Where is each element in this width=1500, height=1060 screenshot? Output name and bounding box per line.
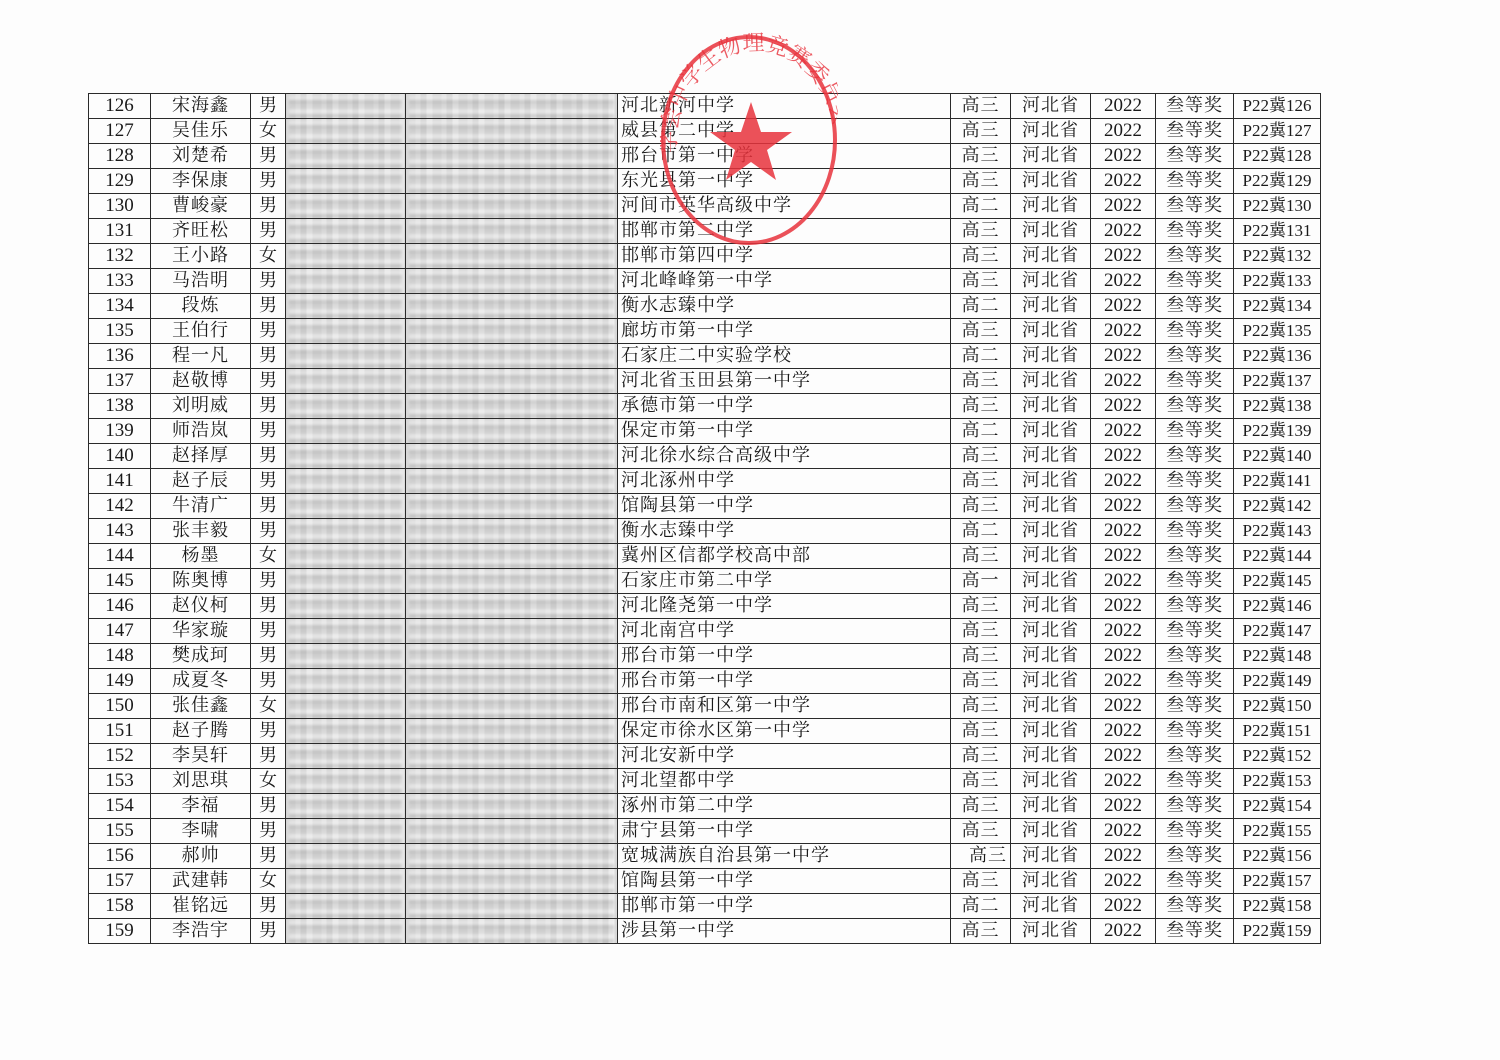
table-row: 157武建韩女馆陶县第一中学高三河北省2022叁等奖P22冀157 bbox=[89, 869, 1321, 894]
certificate-number: P22冀128 bbox=[1234, 144, 1321, 169]
student-name: 王伯行 bbox=[151, 319, 251, 344]
row-number: 154 bbox=[89, 794, 151, 819]
certificate-number: P22冀131 bbox=[1234, 219, 1321, 244]
redacted-field-2 bbox=[406, 544, 618, 569]
grade-level: 高三 bbox=[951, 169, 1011, 194]
competition-year: 2022 bbox=[1091, 169, 1156, 194]
province: 河北省 bbox=[1011, 769, 1091, 794]
school-name: 馆陶县第一中学 bbox=[618, 869, 951, 894]
redacted-blur bbox=[409, 394, 614, 418]
redacted-blur bbox=[289, 794, 402, 818]
school-name: 廊坊市第一中学 bbox=[618, 319, 951, 344]
redacted-blur bbox=[289, 119, 402, 143]
competition-year: 2022 bbox=[1091, 869, 1156, 894]
competition-year: 2022 bbox=[1091, 544, 1156, 569]
province: 河北省 bbox=[1011, 669, 1091, 694]
award-level: 叁等奖 bbox=[1156, 219, 1234, 244]
school-name: 邯郸市第一中学 bbox=[618, 894, 951, 919]
province: 河北省 bbox=[1011, 644, 1091, 669]
competition-year: 2022 bbox=[1091, 694, 1156, 719]
student-name: 武建韩 bbox=[151, 869, 251, 894]
school-name: 宽城满族自治县第一中学 bbox=[618, 844, 951, 869]
student-sex: 男 bbox=[251, 294, 286, 319]
redacted-blur bbox=[289, 444, 402, 468]
row-number: 149 bbox=[89, 669, 151, 694]
province: 河北省 bbox=[1011, 294, 1091, 319]
student-sex: 男 bbox=[251, 719, 286, 744]
certificate-number: P22冀145 bbox=[1234, 569, 1321, 594]
competition-year: 2022 bbox=[1091, 294, 1156, 319]
row-number: 133 bbox=[89, 269, 151, 294]
school-name: 承德市第一中学 bbox=[618, 394, 951, 419]
province: 河北省 bbox=[1011, 919, 1091, 944]
row-number: 146 bbox=[89, 594, 151, 619]
row-number: 148 bbox=[89, 644, 151, 669]
student-name: 宋海鑫 bbox=[151, 94, 251, 119]
table-row: 140赵择厚男河北徐水综合高级中学高三河北省2022叁等奖P22冀140 bbox=[89, 444, 1321, 469]
competition-year: 2022 bbox=[1091, 119, 1156, 144]
roster-body: 126宋海鑫男河北新河中学高三河北省2022叁等奖P22冀126127吴佳乐女威… bbox=[89, 94, 1321, 944]
redacted-field-2 bbox=[406, 294, 618, 319]
province: 河北省 bbox=[1011, 94, 1091, 119]
award-level: 叁等奖 bbox=[1156, 119, 1234, 144]
certificate-number: P22冀149 bbox=[1234, 669, 1321, 694]
redacted-field-1 bbox=[286, 144, 406, 169]
student-name: 李昊轩 bbox=[151, 744, 251, 769]
certificate-number: P22冀140 bbox=[1234, 444, 1321, 469]
award-level: 叁等奖 bbox=[1156, 844, 1234, 869]
school-name: 邢台市第一中学 bbox=[618, 644, 951, 669]
redacted-field-2 bbox=[406, 719, 618, 744]
award-level: 叁等奖 bbox=[1156, 719, 1234, 744]
row-number: 135 bbox=[89, 319, 151, 344]
redacted-field-1 bbox=[286, 244, 406, 269]
student-sex: 女 bbox=[251, 119, 286, 144]
redacted-field-2 bbox=[406, 869, 618, 894]
province: 河北省 bbox=[1011, 169, 1091, 194]
competition-year: 2022 bbox=[1091, 769, 1156, 794]
row-number: 141 bbox=[89, 469, 151, 494]
student-sex: 女 bbox=[251, 544, 286, 569]
student-name: 段炼 bbox=[151, 294, 251, 319]
student-sex: 男 bbox=[251, 94, 286, 119]
province: 河北省 bbox=[1011, 694, 1091, 719]
certificate-number: P22冀130 bbox=[1234, 194, 1321, 219]
certificate-number: P22冀138 bbox=[1234, 394, 1321, 419]
competition-year: 2022 bbox=[1091, 794, 1156, 819]
redacted-blur bbox=[289, 319, 402, 343]
row-number: 130 bbox=[89, 194, 151, 219]
province: 河北省 bbox=[1011, 869, 1091, 894]
student-sex: 男 bbox=[251, 369, 286, 394]
grade-level: 高三 bbox=[951, 644, 1011, 669]
certificate-number: P22冀134 bbox=[1234, 294, 1321, 319]
redacted-field-2 bbox=[406, 144, 618, 169]
table-row: 156郝帅男宽城满族自治县第一中学高三河北省2022叁等奖P22冀156 bbox=[89, 844, 1321, 869]
competition-year: 2022 bbox=[1091, 619, 1156, 644]
certificate-number: P22冀156 bbox=[1234, 844, 1321, 869]
redacted-blur bbox=[289, 744, 402, 768]
redacted-field-1 bbox=[286, 319, 406, 344]
award-level: 叁等奖 bbox=[1156, 544, 1234, 569]
redacted-blur bbox=[289, 194, 402, 218]
competition-year: 2022 bbox=[1091, 319, 1156, 344]
redacted-blur bbox=[409, 194, 614, 218]
competition-year: 2022 bbox=[1091, 144, 1156, 169]
award-level: 叁等奖 bbox=[1156, 194, 1234, 219]
student-name: 刘思琪 bbox=[151, 769, 251, 794]
redacted-field-1 bbox=[286, 169, 406, 194]
redacted-field-1 bbox=[286, 794, 406, 819]
award-level: 叁等奖 bbox=[1156, 644, 1234, 669]
competition-year: 2022 bbox=[1091, 269, 1156, 294]
table-row: 150张佳鑫女邢台市南和区第一中学高三河北省2022叁等奖P22冀150 bbox=[89, 694, 1321, 719]
certificate-number: P22冀158 bbox=[1234, 894, 1321, 919]
student-name: 崔铭远 bbox=[151, 894, 251, 919]
grade-level: 高三 bbox=[951, 794, 1011, 819]
certificate-number: P22冀154 bbox=[1234, 794, 1321, 819]
school-name: 保定市第一中学 bbox=[618, 419, 951, 444]
award-level: 叁等奖 bbox=[1156, 369, 1234, 394]
table-row: 153刘思琪女河北望都中学高三河北省2022叁等奖P22冀153 bbox=[89, 769, 1321, 794]
province: 河北省 bbox=[1011, 369, 1091, 394]
redacted-field-1 bbox=[286, 294, 406, 319]
certificate-number: P22冀153 bbox=[1234, 769, 1321, 794]
certificate-number: P22冀136 bbox=[1234, 344, 1321, 369]
student-sex: 男 bbox=[251, 344, 286, 369]
student-sex: 男 bbox=[251, 569, 286, 594]
table-row: 130曹峻豪男河间市英华高级中学高二河北省2022叁等奖P22冀130 bbox=[89, 194, 1321, 219]
redacted-blur bbox=[409, 644, 614, 668]
redacted-field-2 bbox=[406, 519, 618, 544]
row-number: 153 bbox=[89, 769, 151, 794]
redacted-field-1 bbox=[286, 494, 406, 519]
row-number: 158 bbox=[89, 894, 151, 919]
certificate-number: P22冀159 bbox=[1234, 919, 1321, 944]
award-level: 叁等奖 bbox=[1156, 619, 1234, 644]
table-row: 144杨墨女冀州区信都学校高中部高三河北省2022叁等奖P22冀144 bbox=[89, 544, 1321, 569]
student-sex: 男 bbox=[251, 844, 286, 869]
school-name: 河北省玉田县第一中学 bbox=[618, 369, 951, 394]
redacted-blur bbox=[289, 844, 402, 868]
row-number: 138 bbox=[89, 394, 151, 419]
redacted-blur bbox=[409, 869, 614, 893]
student-sex: 女 bbox=[251, 694, 286, 719]
award-level: 叁等奖 bbox=[1156, 894, 1234, 919]
province: 河北省 bbox=[1011, 844, 1091, 869]
row-number: 152 bbox=[89, 744, 151, 769]
student-name: 刘楚希 bbox=[151, 144, 251, 169]
redacted-field-1 bbox=[286, 519, 406, 544]
school-name: 石家庄二中实验学校 bbox=[618, 344, 951, 369]
grade-level: 高二 bbox=[951, 194, 1011, 219]
province: 河北省 bbox=[1011, 144, 1091, 169]
redacted-blur bbox=[289, 719, 402, 743]
grade-level: 高二 bbox=[951, 419, 1011, 444]
redacted-blur bbox=[409, 294, 614, 318]
redacted-blur bbox=[409, 719, 614, 743]
table-row: 151赵子腾男保定市徐水区第一中学高三河北省2022叁等奖P22冀151 bbox=[89, 719, 1321, 744]
redacted-field-2 bbox=[406, 569, 618, 594]
redacted-blur bbox=[409, 469, 614, 493]
redacted-field-1 bbox=[286, 619, 406, 644]
table-row: 134段炼男衡水志臻中学高二河北省2022叁等奖P22冀134 bbox=[89, 294, 1321, 319]
grade-level: 高二 bbox=[951, 294, 1011, 319]
redacted-field-2 bbox=[406, 319, 618, 344]
student-name: 马浩明 bbox=[151, 269, 251, 294]
certificate-number: P22冀129 bbox=[1234, 169, 1321, 194]
redacted-field-1 bbox=[286, 769, 406, 794]
table-row: 152李昊轩男河北安新中学高三河北省2022叁等奖P22冀152 bbox=[89, 744, 1321, 769]
province: 河北省 bbox=[1011, 894, 1091, 919]
award-level: 叁等奖 bbox=[1156, 569, 1234, 594]
table-row: 148樊成珂男邢台市第一中学高三河北省2022叁等奖P22冀148 bbox=[89, 644, 1321, 669]
student-sex: 男 bbox=[251, 469, 286, 494]
school-name: 河北峰峰第一中学 bbox=[618, 269, 951, 294]
row-number: 144 bbox=[89, 544, 151, 569]
award-level: 叁等奖 bbox=[1156, 294, 1234, 319]
student-name: 王小路 bbox=[151, 244, 251, 269]
table-row: 132王小路女邯郸市第四中学高三河北省2022叁等奖P22冀132 bbox=[89, 244, 1321, 269]
redacted-field-2 bbox=[406, 644, 618, 669]
redacted-field-2 bbox=[406, 194, 618, 219]
redacted-blur bbox=[409, 744, 614, 768]
award-level: 叁等奖 bbox=[1156, 169, 1234, 194]
redacted-blur bbox=[409, 694, 614, 718]
redacted-field-1 bbox=[286, 94, 406, 119]
student-name: 赵择厚 bbox=[151, 444, 251, 469]
redacted-field-1 bbox=[286, 694, 406, 719]
redacted-blur bbox=[289, 594, 402, 618]
province: 河北省 bbox=[1011, 519, 1091, 544]
redacted-blur bbox=[289, 419, 402, 443]
student-name: 张佳鑫 bbox=[151, 694, 251, 719]
certificate-number: P22冀126 bbox=[1234, 94, 1321, 119]
province: 河北省 bbox=[1011, 494, 1091, 519]
grade-level: 高三 bbox=[951, 494, 1011, 519]
award-level: 叁等奖 bbox=[1156, 744, 1234, 769]
redacted-blur bbox=[289, 769, 402, 793]
student-name: 赵敬博 bbox=[151, 369, 251, 394]
row-number: 128 bbox=[89, 144, 151, 169]
row-number: 137 bbox=[89, 369, 151, 394]
grade-level: 高三 bbox=[951, 144, 1011, 169]
grade-level: 高三 bbox=[951, 244, 1011, 269]
school-name: 威县第二中学 bbox=[618, 119, 951, 144]
student-name: 赵子辰 bbox=[151, 469, 251, 494]
certificate-number: P22冀148 bbox=[1234, 644, 1321, 669]
competition-year: 2022 bbox=[1091, 244, 1156, 269]
row-number: 140 bbox=[89, 444, 151, 469]
competition-year: 2022 bbox=[1091, 344, 1156, 369]
redacted-blur bbox=[289, 294, 402, 318]
row-number: 147 bbox=[89, 619, 151, 644]
competition-year: 2022 bbox=[1091, 494, 1156, 519]
grade-level: 高一 bbox=[951, 569, 1011, 594]
student-name: 赵仪柯 bbox=[151, 594, 251, 619]
redacted-blur bbox=[409, 319, 614, 343]
student-sex: 男 bbox=[251, 819, 286, 844]
redacted-field-1 bbox=[286, 469, 406, 494]
redacted-field-2 bbox=[406, 444, 618, 469]
redacted-field-2 bbox=[406, 619, 618, 644]
province: 河北省 bbox=[1011, 219, 1091, 244]
student-sex: 男 bbox=[251, 644, 286, 669]
student-sex: 男 bbox=[251, 519, 286, 544]
award-level: 叁等奖 bbox=[1156, 244, 1234, 269]
redacted-blur bbox=[409, 369, 614, 393]
student-sex: 男 bbox=[251, 494, 286, 519]
student-name: 赵子腾 bbox=[151, 719, 251, 744]
award-level: 叁等奖 bbox=[1156, 319, 1234, 344]
table-row: 129李保康男东光县第一中学高三河北省2022叁等奖P22冀129 bbox=[89, 169, 1321, 194]
redacted-field-1 bbox=[286, 419, 406, 444]
province: 河北省 bbox=[1011, 569, 1091, 594]
competition-year: 2022 bbox=[1091, 369, 1156, 394]
redacted-blur bbox=[289, 894, 402, 918]
redacted-field-1 bbox=[286, 569, 406, 594]
award-level: 叁等奖 bbox=[1156, 769, 1234, 794]
student-sex: 女 bbox=[251, 869, 286, 894]
row-number: 143 bbox=[89, 519, 151, 544]
redacted-blur bbox=[409, 894, 614, 918]
redacted-field-1 bbox=[286, 644, 406, 669]
table-row: 143张丰毅男衡水志臻中学高二河北省2022叁等奖P22冀143 bbox=[89, 519, 1321, 544]
school-name: 冀州区信都学校高中部 bbox=[618, 544, 951, 569]
redacted-field-1 bbox=[286, 269, 406, 294]
competition-year: 2022 bbox=[1091, 644, 1156, 669]
student-name: 杨墨 bbox=[151, 544, 251, 569]
redacted-blur bbox=[289, 544, 402, 568]
student-name: 樊成珂 bbox=[151, 644, 251, 669]
redacted-field-1 bbox=[286, 194, 406, 219]
student-sex: 男 bbox=[251, 219, 286, 244]
competition-year: 2022 bbox=[1091, 219, 1156, 244]
certificate-number: P22冀142 bbox=[1234, 494, 1321, 519]
certificate-number: P22冀155 bbox=[1234, 819, 1321, 844]
redacted-field-1 bbox=[286, 669, 406, 694]
grade-level: 高三 bbox=[951, 869, 1011, 894]
redacted-blur bbox=[289, 94, 402, 118]
redacted-blur bbox=[409, 594, 614, 618]
row-number: 157 bbox=[89, 869, 151, 894]
student-sex: 男 bbox=[251, 669, 286, 694]
school-name: 河北安新中学 bbox=[618, 744, 951, 769]
province: 河北省 bbox=[1011, 619, 1091, 644]
table-row: 126宋海鑫男河北新河中学高三河北省2022叁等奖P22冀126 bbox=[89, 94, 1321, 119]
grade-level: 高三 bbox=[951, 94, 1011, 119]
student-name: 华家璇 bbox=[151, 619, 251, 644]
redacted-field-2 bbox=[406, 169, 618, 194]
student-sex: 女 bbox=[251, 244, 286, 269]
redacted-blur bbox=[409, 819, 614, 843]
redacted-field-1 bbox=[286, 369, 406, 394]
redacted-field-1 bbox=[286, 894, 406, 919]
redacted-field-1 bbox=[286, 744, 406, 769]
grade-level: 高三 bbox=[951, 694, 1011, 719]
redacted-blur bbox=[289, 619, 402, 643]
competition-year: 2022 bbox=[1091, 94, 1156, 119]
school-name: 河北隆尧第一中学 bbox=[618, 594, 951, 619]
row-number: 145 bbox=[89, 569, 151, 594]
student-name: 刘明威 bbox=[151, 394, 251, 419]
school-name: 河北南宫中学 bbox=[618, 619, 951, 644]
grade-level: 高三 bbox=[951, 719, 1011, 744]
redacted-blur bbox=[289, 144, 402, 168]
province: 河北省 bbox=[1011, 319, 1091, 344]
province: 河北省 bbox=[1011, 394, 1091, 419]
redacted-field-2 bbox=[406, 694, 618, 719]
award-level: 叁等奖 bbox=[1156, 394, 1234, 419]
school-name: 邢台市第一中学 bbox=[618, 669, 951, 694]
table-row: 147华家璇男河北南宫中学高三河北省2022叁等奖P22冀147 bbox=[89, 619, 1321, 644]
grade-level: 高三 bbox=[951, 469, 1011, 494]
table-row: 127吴佳乐女威县第二中学高三河北省2022叁等奖P22冀127 bbox=[89, 119, 1321, 144]
grade-level: 高三 bbox=[951, 319, 1011, 344]
certificate-number: P22冀143 bbox=[1234, 519, 1321, 544]
table-row: 145陈奥博男石家庄市第二中学高一河北省2022叁等奖P22冀145 bbox=[89, 569, 1321, 594]
award-level: 叁等奖 bbox=[1156, 269, 1234, 294]
certificate-number: P22冀151 bbox=[1234, 719, 1321, 744]
redacted-blur bbox=[289, 494, 402, 518]
award-level: 叁等奖 bbox=[1156, 444, 1234, 469]
redacted-blur bbox=[289, 669, 402, 693]
award-level: 叁等奖 bbox=[1156, 869, 1234, 894]
grade-level: 高二 bbox=[951, 894, 1011, 919]
redacted-blur bbox=[409, 569, 614, 593]
certificate-number: P22冀147 bbox=[1234, 619, 1321, 644]
redacted-field-2 bbox=[406, 594, 618, 619]
redacted-field-2 bbox=[406, 419, 618, 444]
competition-year: 2022 bbox=[1091, 669, 1156, 694]
student-name: 成夏冬 bbox=[151, 669, 251, 694]
redacted-blur bbox=[409, 769, 614, 793]
redacted-field-2 bbox=[406, 94, 618, 119]
grade-level: 高三 bbox=[951, 744, 1011, 769]
redacted-field-2 bbox=[406, 369, 618, 394]
student-sex: 男 bbox=[251, 894, 286, 919]
redacted-field-1 bbox=[286, 344, 406, 369]
student-sex: 男 bbox=[251, 269, 286, 294]
grade-level: 高三 bbox=[951, 544, 1011, 569]
student-name: 师浩岚 bbox=[151, 419, 251, 444]
table-row: 141赵子辰男河北涿州中学高三河北省2022叁等奖P22冀141 bbox=[89, 469, 1321, 494]
certificate-number: P22冀144 bbox=[1234, 544, 1321, 569]
redacted-blur bbox=[409, 269, 614, 293]
grade-level: 高三 bbox=[951, 119, 1011, 144]
award-level: 叁等奖 bbox=[1156, 694, 1234, 719]
student-name: 牛清广 bbox=[151, 494, 251, 519]
student-name: 李啸 bbox=[151, 819, 251, 844]
row-number: 150 bbox=[89, 694, 151, 719]
student-name: 李福 bbox=[151, 794, 251, 819]
province: 河北省 bbox=[1011, 794, 1091, 819]
redacted-field-2 bbox=[406, 794, 618, 819]
redacted-field-1 bbox=[286, 444, 406, 469]
redacted-blur bbox=[289, 919, 402, 943]
student-name: 张丰毅 bbox=[151, 519, 251, 544]
province: 河北省 bbox=[1011, 119, 1091, 144]
redacted-blur bbox=[289, 519, 402, 543]
province: 河北省 bbox=[1011, 544, 1091, 569]
student-name: 程一凡 bbox=[151, 344, 251, 369]
redacted-blur bbox=[289, 169, 402, 193]
redacted-field-1 bbox=[286, 869, 406, 894]
redacted-blur bbox=[409, 219, 614, 243]
award-level: 叁等奖 bbox=[1156, 594, 1234, 619]
student-sex: 男 bbox=[251, 194, 286, 219]
redacted-field-1 bbox=[286, 394, 406, 419]
